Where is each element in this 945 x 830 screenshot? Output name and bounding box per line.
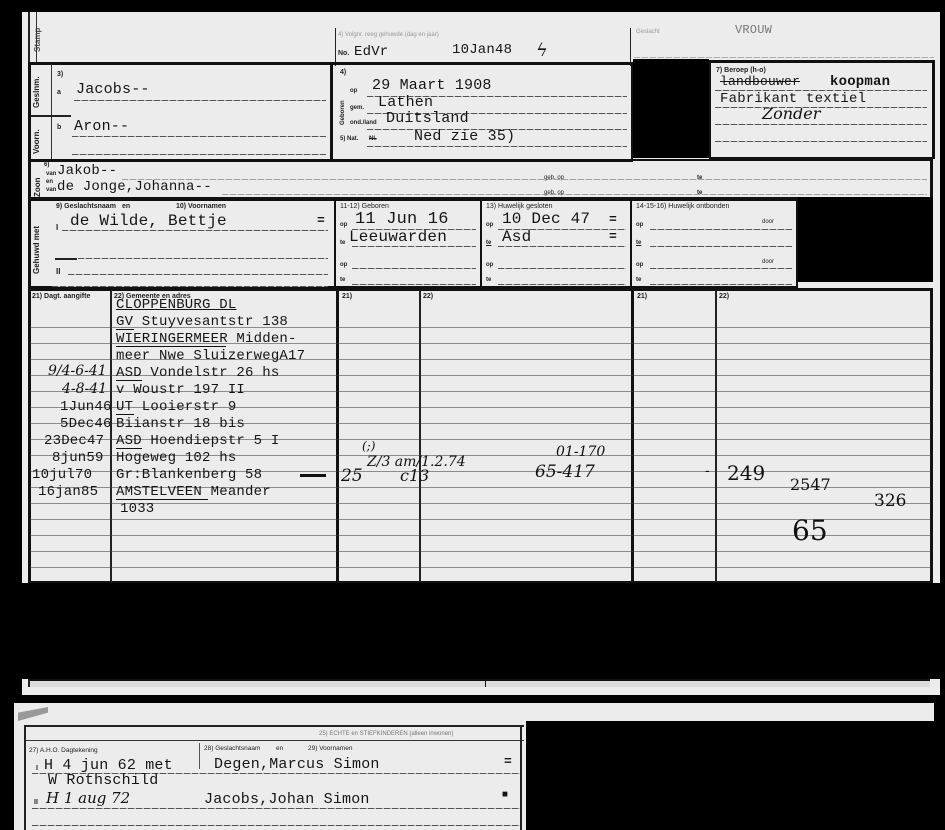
- marriage-place: Asd: [502, 229, 531, 245]
- address-row-10-address: Hogeweg 102 hs: [116, 451, 236, 465]
- spouse-birth-op-label: op: [340, 222, 347, 228]
- address-row-11-address: Gr:Blankenberg 58: [116, 468, 262, 482]
- child-2-roman: II: [34, 799, 38, 806]
- occupation-line-a: [715, 90, 927, 91]
- address-row-8-address: Biianstr 18 bis: [116, 417, 245, 431]
- name-box: [28, 62, 333, 162]
- address-col3-header: 21): [342, 293, 352, 300]
- occupation-handwritten: Zonder: [762, 106, 820, 122]
- handwritten-mid-top: (;): [362, 440, 375, 452]
- spouse-dash: [55, 258, 77, 260]
- children-col2-header: 28) Geslachtsnaam: [204, 745, 260, 752]
- child-1-note: H 4 jun 62 met: [44, 758, 173, 773]
- marriage-te-label: te: [486, 240, 491, 246]
- birth-country-label: ond./land: [350, 120, 377, 126]
- address-col4-header: 22): [423, 293, 433, 300]
- child-1-note-2: W Rothschild: [48, 773, 158, 788]
- dissolved-2-place-line: [650, 284, 792, 285]
- address-row-2-underline: [116, 329, 134, 330]
- child-3-line: [32, 825, 520, 826]
- address-row-2-address: GV Stuyvesantstr 138: [116, 315, 288, 329]
- sex-line: [634, 57, 934, 58]
- spouse-1-name: de Wilde, Bettje: [70, 213, 227, 229]
- spouse-birth-te-label: te: [340, 240, 345, 246]
- registration-code: EdVr: [354, 45, 388, 59]
- child-2-mark: ■: [502, 791, 508, 801]
- occupation-line-c: [715, 124, 927, 125]
- address-row-12-underline: [116, 499, 208, 500]
- handwritten-right-1: 249: [727, 463, 765, 483]
- address-row-9-underline: [116, 448, 142, 449]
- surname-line: [74, 100, 326, 101]
- handwritten-right-3: 326: [874, 493, 906, 510]
- handwritten-mid-line-2a: 25: [341, 468, 363, 485]
- dissolved-2-te-label: te: [636, 277, 641, 283]
- handwritten-right-dash: -: [705, 464, 710, 478]
- spouse-2-birth-te-label: te: [340, 277, 345, 283]
- mother-van-label: van: [46, 187, 56, 193]
- nationality-line: [367, 146, 627, 147]
- sex-label: Geslacht: [636, 29, 660, 35]
- marriage-place-line: [498, 246, 626, 247]
- name-side-divider: [51, 64, 52, 160]
- spouse-roman-1: I: [56, 223, 58, 232]
- spouse-birth-place: Leeuwarden: [349, 229, 447, 245]
- marriage-2-date-line: [498, 268, 626, 269]
- given-line-1: [72, 136, 326, 137]
- spouse-roman-2: II: [56, 267, 60, 276]
- father-geb-op-label: geb. op: [544, 175, 564, 181]
- occupation-label: 7) Beroep (h-o): [716, 67, 766, 74]
- spouse-birth-header: 11-12) Geboren: [340, 203, 389, 210]
- mother-geb-op-label: geb. op: [544, 190, 564, 196]
- children-header-line: [26, 740, 524, 741]
- spouse-2-line: [68, 274, 328, 275]
- dissolved-place-line: [650, 246, 792, 247]
- reg-divider-left: [335, 28, 336, 66]
- child-1-name: Degen,Marcus Simon: [214, 757, 380, 772]
- stamp-divider: [36, 12, 37, 62]
- given-line-2: [72, 154, 326, 155]
- birth-date-value: 29 Maart 1908: [372, 78, 492, 93]
- handwritten-mid-line-2b: c13: [400, 468, 429, 484]
- spouse-birth-date: 11 Jun 16: [355, 211, 449, 228]
- stamp-label-vertical: Stamp: [33, 28, 42, 52]
- marriage-dissolved-header: 14-15-16) Huwelijk ontbonden: [636, 203, 729, 210]
- address-row-12-address: AMSTELVEEN Meander: [116, 485, 271, 499]
- address-row-5-address: ASD Vondelstr 26 hs: [116, 366, 279, 380]
- marriage-date-equals: =: [609, 213, 617, 226]
- address-row-5-date: 9/4-6-41: [48, 364, 107, 378]
- address-row-3-address: WIERINGERMEER Midden-: [116, 332, 297, 346]
- address-row-11-date: 10jul70: [32, 468, 92, 482]
- no-label: No.: [338, 50, 349, 57]
- marriage-2-te-label: te: [486, 277, 491, 283]
- father-van-label: van: [46, 171, 56, 177]
- child-2-name: Jacobs,Johan Simon: [204, 792, 370, 807]
- children-right-border: [520, 727, 522, 830]
- reg-divider-right: [630, 28, 631, 66]
- address-row-9-date: 23Dec47: [44, 434, 104, 448]
- address-row-5-underline: [116, 380, 142, 381]
- marriage-2-place-line: [498, 284, 626, 285]
- name-field-number: 3): [57, 71, 63, 78]
- birth-place-value: Lathen: [378, 95, 433, 110]
- children-col1-header: 27) A.H.O. Dagtekening: [29, 747, 98, 754]
- address-row-6-date: 4-8-41: [62, 382, 107, 396]
- marriage-op-label: op: [486, 222, 493, 228]
- address-row-4-address: meer Nwe SluizerwegA17: [116, 349, 305, 363]
- handwritten-mid-code-1: 01-170: [556, 445, 605, 459]
- address-row-7-date: 1Jun46: [60, 400, 112, 414]
- spouse-1-equals: =: [317, 214, 325, 227]
- occupation-line-b: [715, 107, 927, 108]
- birth-date-label: op: [350, 88, 357, 94]
- registration-date: 10Jan48: [452, 43, 512, 57]
- redaction-block-bottom: [526, 721, 934, 830]
- parents-side-label: Zoon: [33, 177, 42, 197]
- registry-card-back: 25) ECHTE en STIEFKINDEREN (alleen inwon…: [14, 703, 934, 830]
- dissolved-date-line: [650, 229, 792, 230]
- redaction-block-top: [633, 59, 709, 158]
- dissolved-door-label: door: [762, 219, 774, 225]
- child-2-note: H 1 aug 72: [46, 791, 130, 806]
- address-col5-header: 21): [637, 293, 647, 300]
- address-row-3-underline: [116, 346, 226, 347]
- address-row-6-address: v Woustr 197 II: [116, 383, 245, 397]
- child-2-line: [32, 808, 520, 809]
- mother-line: [222, 194, 927, 195]
- address-row-9-address: ASD Hoendiepstr 5 I: [116, 434, 279, 448]
- dissolved-te-label: te: [636, 240, 641, 246]
- given-side-label: Voorn.: [32, 129, 41, 154]
- registry-card-front: Stamp 4) Volgnr. reeg gehuwde (dag en ja…: [22, 12, 940, 695]
- parents-en-label: en: [46, 179, 53, 185]
- marriage-dissolved-box: [632, 199, 798, 289]
- handwritten-right-4: 65: [792, 517, 828, 545]
- children-col3-header: 29) Voornamen: [308, 745, 352, 752]
- nationality-value: Ned zie 35): [414, 129, 515, 144]
- birth-field-number: 4): [340, 69, 346, 76]
- spouse-2-line-2: [52, 286, 328, 287]
- children-section-header: 25) ECHTE en STIEFKINDEREN (alleen inwon…: [319, 731, 453, 737]
- marriage-date: 10 Dec 47: [502, 211, 590, 227]
- spouse-surname-header: 9) Geslachtsnaam: [56, 203, 116, 210]
- father-name: Jakob--: [57, 164, 117, 178]
- address-col6-header: 22): [719, 293, 729, 300]
- surname-side-label: Geslnm.: [32, 76, 41, 108]
- birth-side-label: Geboren: [340, 100, 346, 125]
- child-1-roman: I: [36, 765, 38, 772]
- occupation-line-d: [715, 141, 927, 142]
- spouse-en-label: en: [122, 203, 130, 210]
- given-marker: b: [57, 124, 61, 131]
- spouse-2-birth-op-label: op: [340, 262, 347, 268]
- marriage-side-label: Gehuwd met: [32, 226, 41, 274]
- handwritten-mid-code-2: 65-417: [535, 464, 595, 481]
- children-col-divider: [199, 743, 200, 769]
- father-te-label: te: [697, 175, 702, 181]
- mother-te-label: te: [697, 190, 702, 196]
- address-row-8-date: 5Dec46: [60, 417, 112, 431]
- reg-label: 4) Volgnr. reeg gehuwde (dag en jaar): [338, 32, 439, 38]
- nationality-struck: Nl.: [369, 136, 377, 142]
- address-col1-header: 21) Dagt. aangifte: [32, 293, 90, 300]
- address-row-10-date: 8jun59: [52, 451, 104, 465]
- spouse-given-header: 10) Voornamen: [176, 203, 226, 210]
- nationality-label: 5) Nat.: [340, 136, 358, 142]
- card-corner-fold: [18, 707, 48, 721]
- spouse-1-line-2: [78, 258, 328, 259]
- marriage-2-op-label: op: [486, 262, 493, 268]
- card-bottom-divider: [485, 679, 486, 687]
- occupation-struck: landbouwer: [720, 75, 800, 88]
- address-row-7-underline: [116, 414, 134, 415]
- dissolved-2-op-label: op: [636, 262, 643, 268]
- parents-field-number: 6): [44, 162, 49, 168]
- spouse-2-birth-place-line: [352, 284, 476, 285]
- handwritten-right-2: 2547: [790, 477, 831, 493]
- father-line: [122, 179, 927, 180]
- dissolved-op-label: op: [636, 222, 643, 228]
- redaction-block-middle: [22, 583, 940, 679]
- registration-mark: ϟ: [536, 42, 548, 60]
- marriage-concluded-header: 13) Huwelijk gesloten: [486, 203, 553, 210]
- children-en-label: en: [276, 745, 283, 752]
- address-row-7-address: UT Looierstr 9: [116, 400, 236, 414]
- occupation-line-1: koopman: [830, 75, 890, 89]
- surname-given-divider: [31, 115, 71, 117]
- spouse-birth-place-line: [352, 246, 476, 247]
- birth-place-label: gem.: [350, 105, 364, 111]
- surname-value: Jacobs--: [76, 82, 150, 97]
- spouse-1-line: [62, 230, 328, 231]
- mother-name: de Jonge,Johanna--: [57, 180, 212, 194]
- spouse-2-birth-date-line: [352, 268, 476, 269]
- sex-value: VROUW: [735, 24, 772, 36]
- address-row-13-address: 1033: [120, 502, 154, 516]
- given-names-value: Aron--: [74, 119, 129, 134]
- marriage-place-equals: =: [609, 230, 617, 243]
- card-bottom-strip: [30, 679, 930, 687]
- surname-marker: a: [57, 89, 61, 96]
- dissolved-2-date-line: [650, 268, 792, 269]
- dissolved-2-door-label: door: [762, 259, 774, 265]
- address-row-12-date: 16jan85: [38, 485, 98, 499]
- child-1-mark: =: [504, 755, 512, 768]
- birth-country-value: Duitsland: [386, 111, 469, 126]
- address-row-1-address: CLOPPENBURG DL: [116, 298, 236, 312]
- redaction-block-marriage: [798, 197, 933, 282]
- address-row-11-strike-mark: [300, 474, 326, 477]
